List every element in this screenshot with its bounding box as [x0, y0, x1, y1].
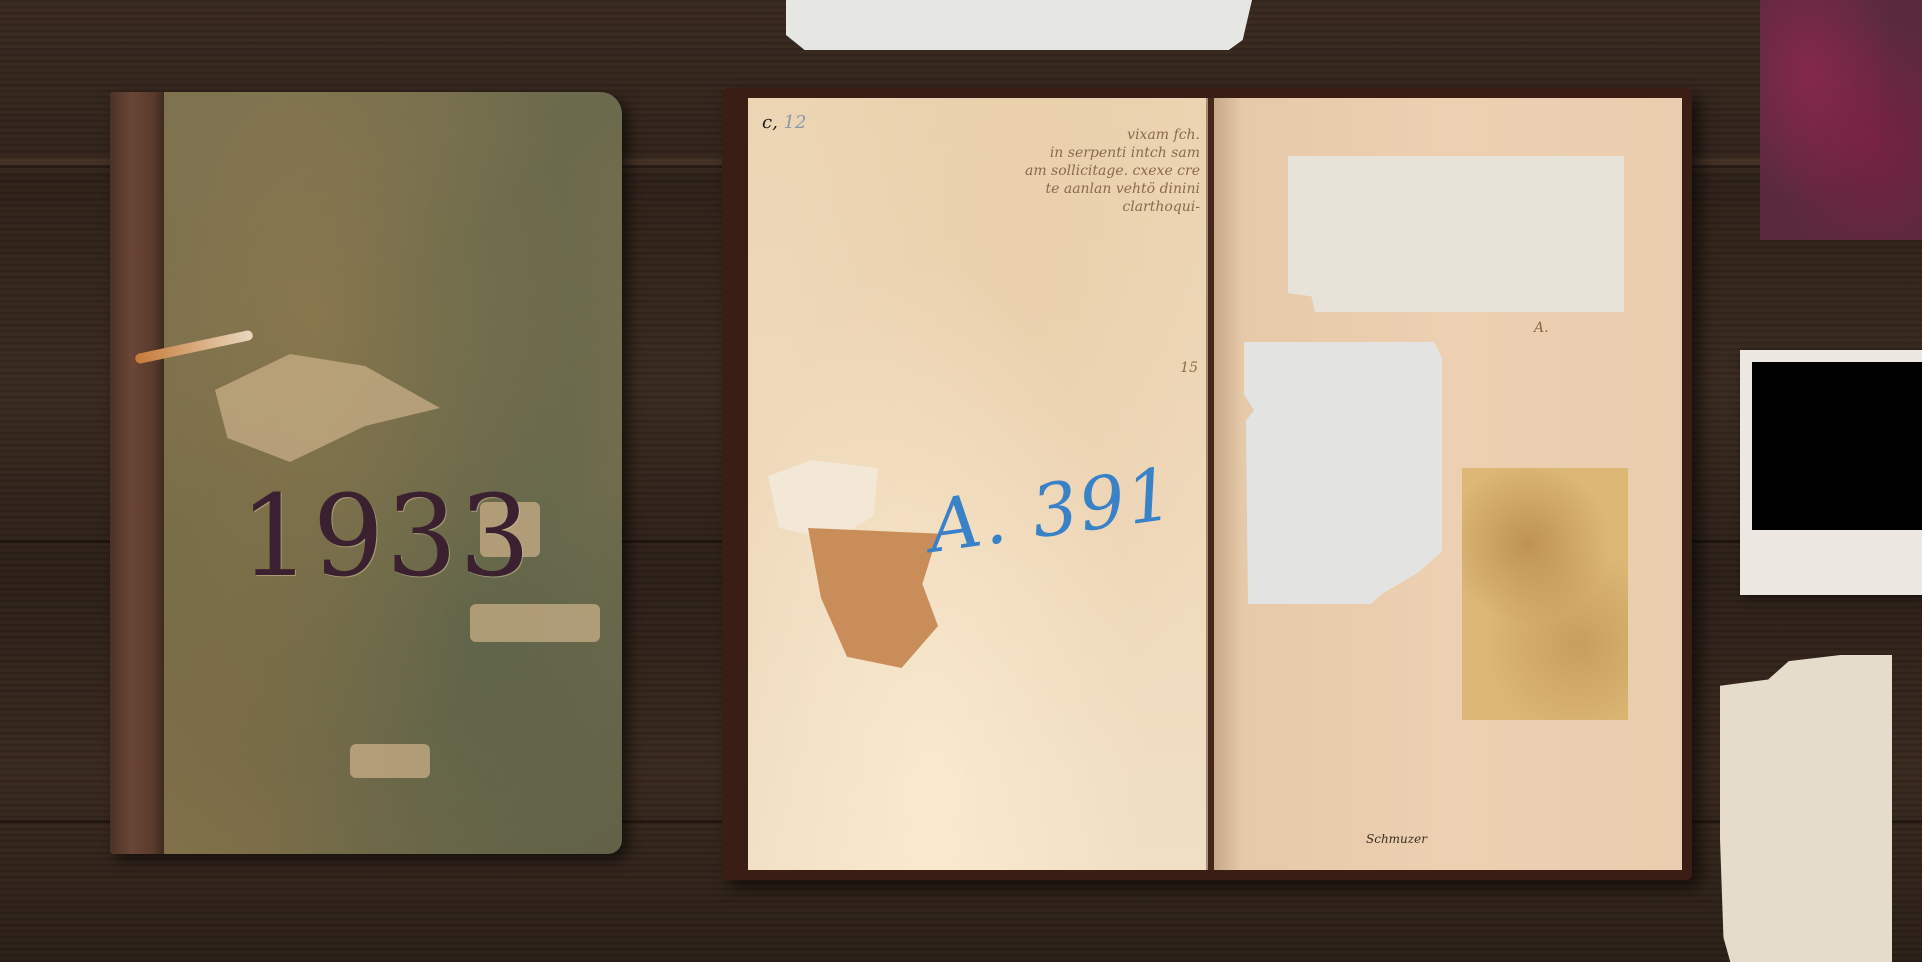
handwritten-inscription: vixam fch. in serpenti intch sam am soll…	[900, 126, 1200, 216]
right-page: A. Schmuzer	[1214, 98, 1682, 870]
worn-cover-patch	[350, 744, 430, 778]
blank-wide-paper	[1288, 156, 1624, 312]
sand-textured-paper	[1462, 468, 1628, 720]
blank-tall-paper	[1244, 342, 1442, 604]
torn-page-patch	[808, 528, 938, 668]
closed-book-1933: 1933	[110, 92, 622, 854]
cover-title: 1933	[110, 472, 622, 602]
left-page: c, 12 vixam fch. in serpenti intch sam a…	[748, 98, 1208, 870]
maroon-book	[1760, 0, 1922, 240]
open-book: c, 12 vixam fch. in serpenti intch sam a…	[722, 88, 1692, 880]
empty-photo-frame	[1740, 350, 1922, 595]
torn-paper-bottom	[1720, 655, 1892, 962]
worn-cover-patch	[470, 604, 600, 642]
margin-mark: 15	[1180, 360, 1198, 376]
blue-pencil-shelfmark: A. 391	[923, 451, 1179, 569]
torn-paper-flake	[768, 460, 878, 540]
black-photo-slot	[1752, 362, 1922, 530]
maker-mark: Schmuzer	[1366, 832, 1427, 846]
worn-cover-patch	[190, 342, 440, 462]
corner-shelfmark: c, 12	[762, 112, 806, 133]
pencil-note: A.	[1534, 320, 1549, 336]
torn-paper-top	[786, 0, 1252, 50]
